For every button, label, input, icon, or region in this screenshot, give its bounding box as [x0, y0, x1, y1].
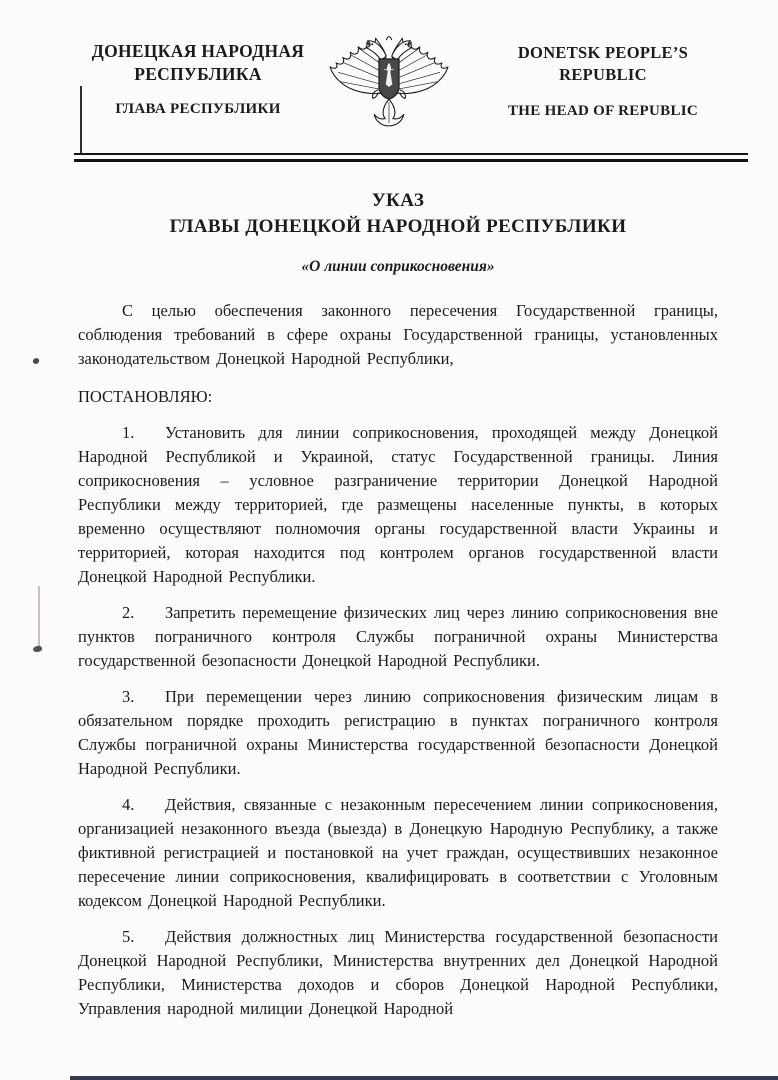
org-name-en-line1: DONETSK PEOPLE’S: [484, 42, 722, 64]
decree-item-5: 5.Действия должностных лиц Министерства …: [78, 925, 718, 1021]
item-text: Действия, связанные с незаконным пересеч…: [78, 795, 718, 910]
scan-bottom-edge: [70, 1076, 778, 1080]
item-text: Действия должностных лиц Министерства го…: [78, 927, 718, 1018]
decree-title: УКАЗ ГЛАВЫ ДОНЕЦКОЙ НАРОДНОЙ РЕСПУБЛИКИ: [78, 188, 718, 240]
org-name-ru-line1: ДОНЕЦКАЯ НАРОДНАЯ: [86, 40, 310, 63]
org-role-en: THE HEAD OF REPUBLIC: [484, 103, 722, 120]
decree-item-2: 2.Запретить перемещение физических лиц ч…: [78, 601, 718, 673]
item-number: 1.: [122, 421, 165, 445]
scanned-decree-page: ДОНЕЦКАЯ НАРОДНАЯ РЕСПУБЛИКА ГЛАВА РЕСПУ…: [0, 0, 778, 1080]
item-text: Запретить перемещение физических лиц чер…: [78, 603, 718, 670]
decree-preamble: С целью обеспечения законного пересечени…: [78, 299, 718, 371]
decree-item-4: 4.Действия, связанные с незаконным перес…: [78, 793, 718, 913]
decree-resolve-word: ПОСТАНОВЛЯЮ:: [78, 385, 718, 409]
item-number: 3.: [122, 685, 165, 709]
org-role-ru: ГЛАВА РЕСПУБЛИКИ: [86, 101, 310, 118]
item-text: При перемещении через линию соприкоснове…: [78, 687, 718, 778]
item-text: Установить для линии соприкосновения, пр…: [78, 423, 718, 586]
letterhead-russian: ДОНЕЦКАЯ НАРОДНАЯ РЕСПУБЛИКА ГЛАВА РЕСПУ…: [86, 40, 310, 118]
scan-speck-artifact: [32, 357, 40, 365]
org-name-ru-line2: РЕСПУБЛИКА: [86, 63, 310, 86]
scan-squiggle-artifact: [38, 586, 40, 646]
decree-title-line2: ГЛАВЫ ДОНЕЦКОЙ НАРОДНОЙ РЕСПУБЛИКИ: [78, 214, 718, 240]
item-number: 2.: [122, 601, 165, 625]
org-name-en-line2: REPUBLIC: [484, 64, 722, 86]
decree-item-1: 1.Установить для линии соприкосновения, …: [78, 421, 718, 589]
double-headed-eagle-icon: [322, 20, 456, 138]
scan-fold-line-artifact: [80, 86, 82, 154]
decree-title-line1: УКАЗ: [78, 188, 718, 214]
decree-subject: «О линии соприкосновения»: [78, 256, 718, 277]
decree-body: УКАЗ ГЛАВЫ ДОНЕЦКОЙ НАРОДНОЙ РЕСПУБЛИКИ …: [78, 180, 718, 1021]
decree-item-3: 3.При перемещении через линию соприкосно…: [78, 685, 718, 781]
letterhead-divider-rule: [74, 153, 748, 162]
scan-blob-artifact: [32, 645, 42, 653]
letterhead-english: DONETSK PEOPLE’S REPUBLIC THE HEAD OF RE…: [484, 42, 722, 120]
dpr-coat-of-arms-emblem: [322, 20, 456, 138]
item-number: 4.: [122, 793, 165, 817]
item-number: 5.: [122, 925, 165, 949]
